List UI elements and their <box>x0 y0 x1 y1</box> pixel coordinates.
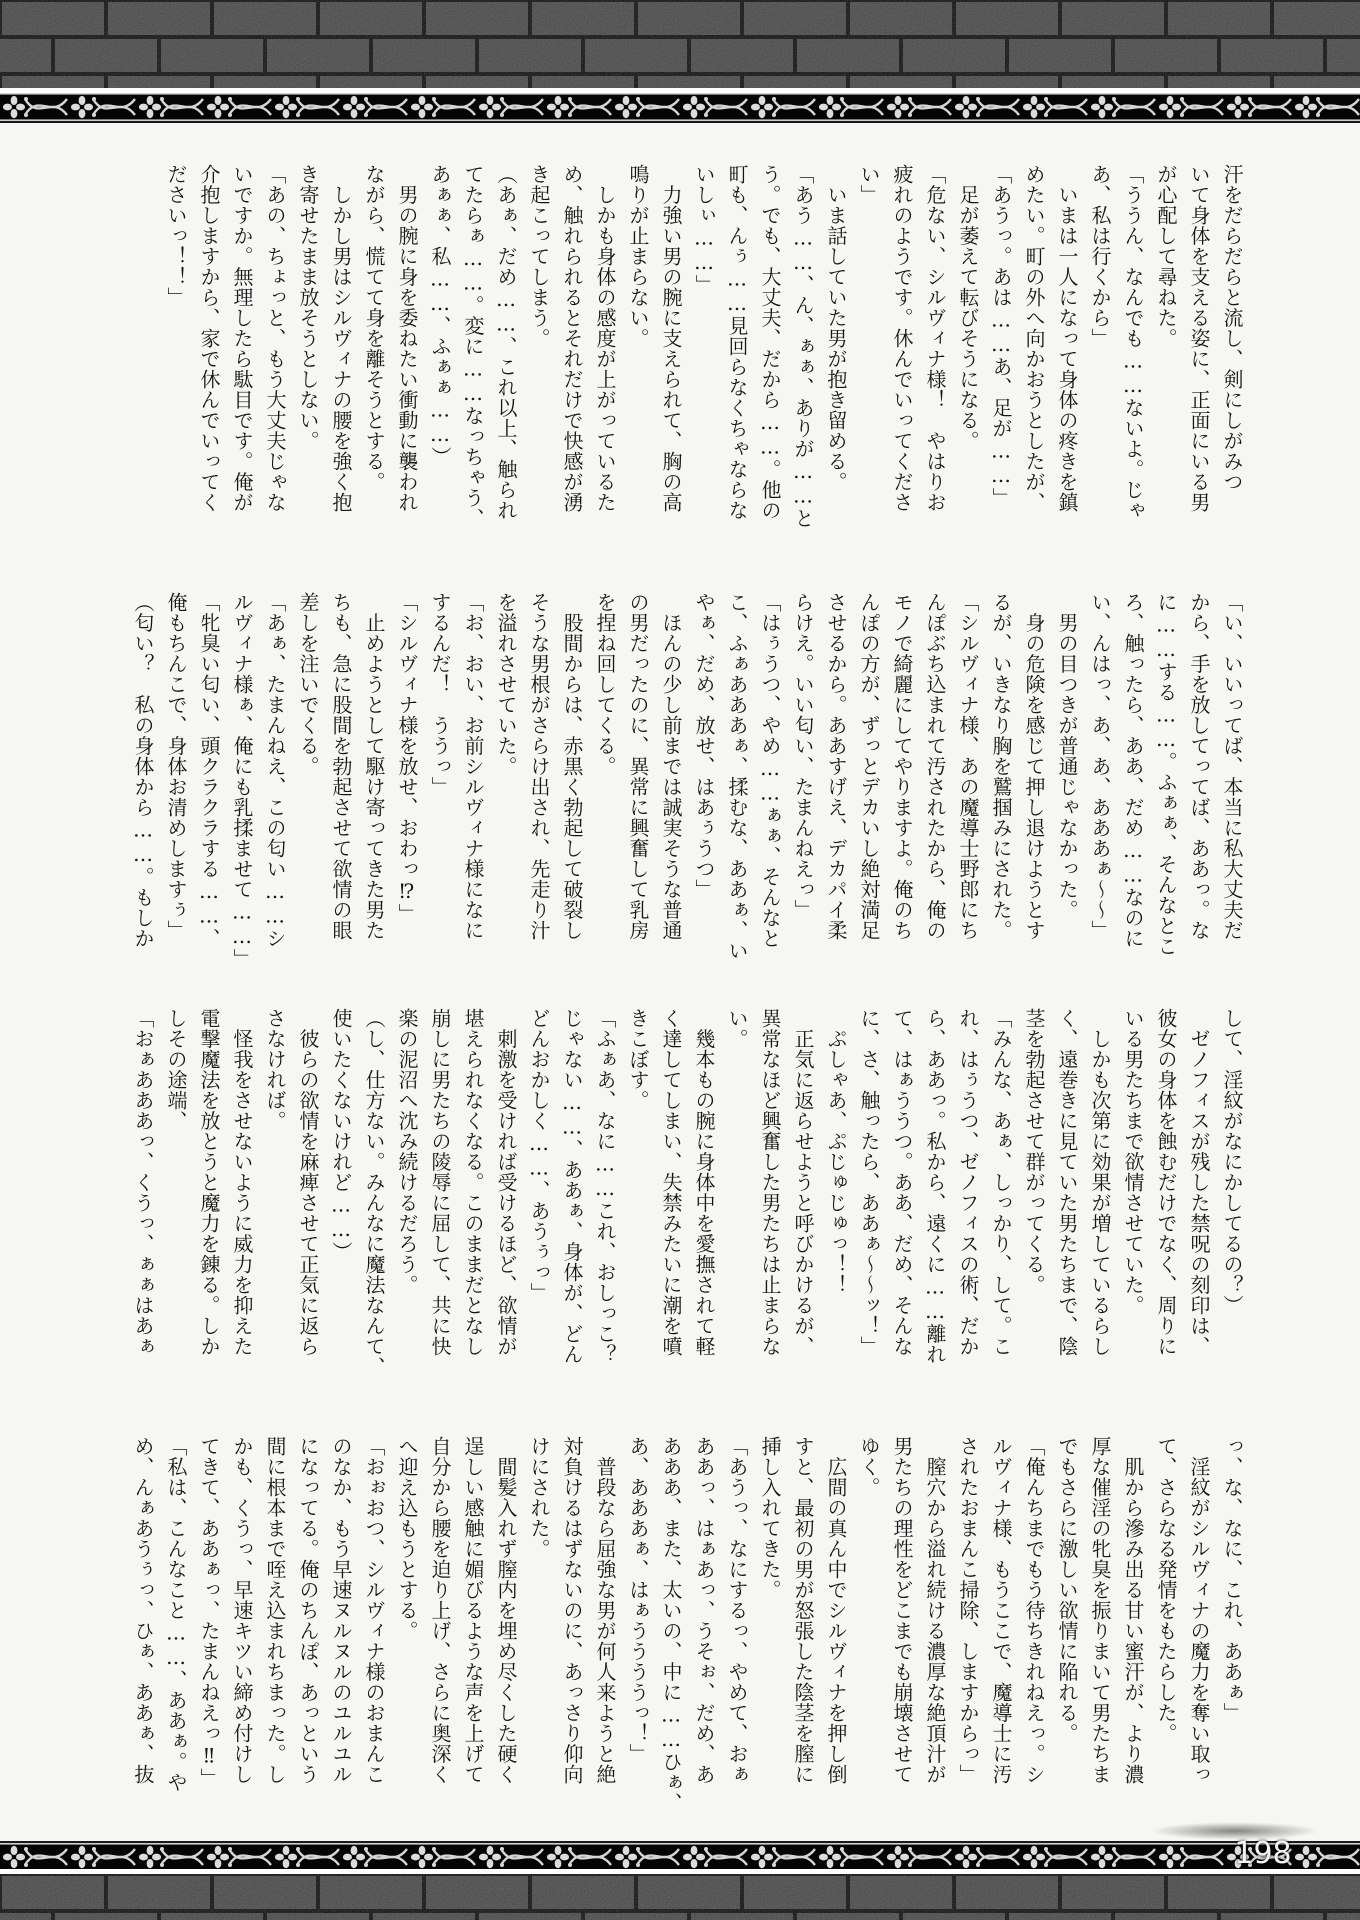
text-column: 疲れのようです。休んでいってくださ <box>885 164 918 550</box>
text-column: あああ、また、太いの、中に……ひぁ、 <box>654 1436 687 1822</box>
text-column: 逞しい感触に媚びるような声を上げて <box>456 1436 489 1822</box>
text-column: 「はぅうつ、やめ……ぁぁ、そんなと <box>753 592 786 978</box>
text-column: やぁ、だめ、放せ、はあぅうつ」 <box>687 592 720 978</box>
text-column: 「牝臭い匂い、頭クラクラする……、 <box>192 592 225 978</box>
text-column: て、さらなる発情をもたらした。 <box>1149 1436 1182 1822</box>
text-column: 使いたくないけれど……） <box>324 1008 357 1394</box>
text-column: く、遠巻きに見ていた男たちまで、陰 <box>1050 1008 1083 1394</box>
text-column: く達してしまい、失禁みたいに潮を噴 <box>654 1008 687 1394</box>
text-column: 堪えられなくなる。このままだとなし <box>456 1008 489 1394</box>
text-column: んぽぶち込まれて汚されたから、俺の <box>918 592 951 978</box>
text-column: るが、いきなり胸を鷲掴みにされた。 <box>984 592 1017 978</box>
text-column: 彼らの欲情を麻痺させて正気に返ら <box>291 1008 324 1394</box>
text-column: ちも、急に股間を勃起させて欲情の眼 <box>324 592 357 978</box>
text-column: んぽの方が、ずっとデカいし絶対満足 <box>852 592 885 978</box>
text-column: させるから。ああすげえ、デカパイ柔 <box>819 592 852 978</box>
text-column: 淫紋がシルヴィナの魔力を奪い取っ <box>1182 1436 1215 1822</box>
text-column: 彼女の身体を蝕むだけでなく、周りに <box>1149 1008 1182 1394</box>
text-column: 「あうっ。あは……あ、足が……」 <box>984 164 1017 550</box>
text-column: っ、な、なに、これ、ああぁ」 <box>1215 1436 1248 1822</box>
text-column: されたおまんこ掃除、しますからっ」 <box>951 1436 984 1822</box>
text-column: 鳴りが止まらない。 <box>621 164 654 550</box>
brick-texture-top <box>0 0 1360 88</box>
text-column: 足が萎えて転びそうになる。 <box>951 164 984 550</box>
text-column: 俺もちんこで、身体お清めしますぅ」 <box>159 592 192 978</box>
text-band-1: 汗をだらだらと流し、剣にしがみついて身体を支える姿に、正面にいる男が心配して尋ね… <box>159 164 1248 552</box>
text-column: に……する……。ふぁぁ、そんなとこ <box>1149 592 1182 978</box>
text-column: 止めようとして駆け寄ってきた男た <box>357 592 390 978</box>
text-column: の男だったのに、異常に興奮して乳房 <box>621 592 654 978</box>
text-column: い。 <box>720 1008 753 1394</box>
text-column: めたい。町の外へ向かおうとしたが、 <box>1017 164 1050 550</box>
text-column: き寄せたまま放そうとしない。 <box>291 164 324 550</box>
text-column: 男たちの理性をどこまでも崩壊させて <box>885 1436 918 1822</box>
text-band-3: して、淫紋がなにかしてるの？） ゼノフィスが残した禁呪の刻印は、彼女の身体を蝕む… <box>126 1008 1248 1396</box>
text-column: しかも次第に効果が増しているらし <box>1083 1008 1116 1394</box>
text-column: ら、ああっ。私から、遠くに……離れ <box>918 1008 951 1394</box>
text-column: いですか。無理したら駄目です。俺が <box>225 164 258 550</box>
novel-page: 汗をだらだらと流し、剣にしがみついて身体を支える姿に、正面にいる男が心配して尋ね… <box>0 0 1360 1920</box>
text-band-2: 「い、いいってば、本当に私大丈夫だから、手を放してってば、ああっ。なに……する…… <box>126 592 1248 980</box>
text-column: 町も、んぅ……見回らなくちゃならな <box>720 164 753 550</box>
text-column: 広間の真ん中でシルヴィナを押し倒 <box>819 1436 852 1822</box>
text-column: するんだ！ ううっ」 <box>423 592 456 978</box>
text-column: 正気に返らせようと呼びかけるが、 <box>786 1008 819 1394</box>
text-column: でもさらに激しい欲情に陥れる。 <box>1050 1436 1083 1822</box>
text-column: 男の目つきが普通じゃなかった。 <box>1050 592 1083 978</box>
text-column: ほんの少し前までは誠実そうな普通 <box>654 592 687 978</box>
text-column: そうな男根がさらけ出され、先走り汁 <box>522 592 555 978</box>
ornament-border-top <box>0 93 1360 123</box>
text-column: しかし男はシルヴィナの腰を強く抱 <box>324 164 357 550</box>
text-column: こ、ふぁあああぁ、揉むな、ああぁ、い <box>720 592 753 978</box>
text-column: 「あうっ、なにするっ、やめて、おぁ <box>720 1436 753 1822</box>
text-column: へ迎え込もうとする。 <box>390 1436 423 1822</box>
text-column: 「シルヴィナ様、あの魔導士野郎にち <box>951 592 984 978</box>
text-column: れ、はぅうつ、ゼノフィスの術、だか <box>951 1008 984 1394</box>
text-column: 対負けるはずないのに、あっさり仰向 <box>555 1436 588 1822</box>
text-column: いま話していた男が抱き留める。 <box>819 164 852 550</box>
text-column: 「危ない、シルヴィナ様！ やはりお <box>918 164 951 550</box>
text-column: 自分から腰を迫り上げ、さらに奥深く <box>423 1436 456 1822</box>
text-column: め、触れられるとそれだけで快感が湧 <box>555 164 588 550</box>
text-column: 「い、いいってば、本当に私大丈夫だ <box>1215 592 1248 978</box>
text-column: ながら、慌てて身を離そうとする。 <box>357 164 390 550</box>
text-column: ルヴィナ様ぁ、俺にも乳揉ませて……」 <box>225 592 258 978</box>
text-column: （し、仕方ない。みんなに魔法なんて、 <box>357 1008 390 1394</box>
text-column: 身の危険を感じて押し退けようとす <box>1017 592 1050 978</box>
text-column: て、はぁううつ。ああ、だめ、そんな <box>885 1008 918 1394</box>
text-column: ぷしゃあ、ぷじゅじゅっ！！ <box>819 1008 852 1394</box>
text-column: い」 <box>852 164 885 550</box>
text-column: 厚な催淫の牝臭を振りまいて男たちま <box>1083 1436 1116 1822</box>
text-column: すと、最初の男が怒張した陰茎を膣に <box>786 1436 819 1822</box>
text-column: 普段なら屈強な男が何人来ようと絶 <box>588 1436 621 1822</box>
text-column: さなければ。 <box>258 1008 291 1394</box>
text-column: 異常なほど興奮した男たちは止まらな <box>753 1008 786 1394</box>
text-column: モノで綺麗にしてやりますよ。俺のち <box>885 592 918 978</box>
text-column: 「おぉおつ、シルヴィナ様のおまんこ <box>357 1436 390 1822</box>
ornament-border-bottom <box>0 1841 1360 1871</box>
text-column: ださいっ！！」 <box>159 164 192 550</box>
text-column: きこぼす。 <box>621 1008 654 1394</box>
text-column: けにされた。 <box>522 1436 555 1822</box>
text-column: 崩しに男たちの陵辱に屈して、共に快 <box>423 1008 456 1394</box>
text-column: 刺激を受ければ受けるほど、欲情が <box>489 1008 522 1394</box>
text-column: 間に根本まで咥え込まれちまった。し <box>258 1436 291 1822</box>
text-column: じゃない……、ああぁ、身体が、どん <box>555 1008 588 1394</box>
text-column: ろ、触ったら、ああ、だめ……なのに <box>1116 592 1149 978</box>
text-column: どんおかしく……、あうぅっ」 <box>522 1008 555 1394</box>
text-column: 男の腕に身を委ねたい衝動に襲われ <box>390 164 423 550</box>
text-column: 怪我をさせないように威力を抑えた <box>225 1008 258 1394</box>
text-column: かも、くうっ、早速キツい締め付けし <box>225 1436 258 1822</box>
text-column: 汗をだらだらと流し、剣にしがみつ <box>1215 164 1248 550</box>
text-column: ゆく。 <box>852 1436 885 1822</box>
text-column: あぁぁ、私……、ふぁぁ……） <box>423 164 456 550</box>
text-column: め、んぁあうぅっ、ひぁ、ああぁ、抜 <box>126 1436 159 1822</box>
text-column: が心配して尋ねた。 <box>1149 164 1182 550</box>
text-column: いまは一人になって身体の疼きを鎮 <box>1050 164 1083 550</box>
text-column: 「私は、こんなこと……、ああぁ。や <box>159 1436 192 1822</box>
page-number: 198 <box>1218 1838 1308 1872</box>
text-column: 茎を勃起させて群がってくる。 <box>1017 1008 1050 1394</box>
text-column: 挿し入れてきた。 <box>753 1436 786 1822</box>
text-column: 「おぁあああっ、くうっ、ぁぁはあぁ <box>126 1008 159 1394</box>
text-column: 股間からは、赤黒く勃起して破裂し <box>555 592 588 978</box>
text-column: らけえ。いい匂い、たまんねえっ」 <box>786 592 819 978</box>
text-column: 楽の泥沼へ沈み続けるだろう。 <box>390 1008 423 1394</box>
text-band-4: っ、な、なに、これ、ああぁ」 淫紋がシルヴィナの魔力を奪い取って、さらなる発情を… <box>126 1436 1248 1824</box>
text-column: 「シルヴィナ様を放せ、おわっ⁉」 <box>390 592 423 978</box>
text-column: 「俺んちまでもう待ちきれねえっ。シ <box>1017 1436 1050 1822</box>
text-column: 「あの、ちょっと、もう大丈夫じゃな <box>258 164 291 550</box>
text-column: いて身体を支える姿に、正面にいる男 <box>1182 164 1215 550</box>
text-column: 肌から滲み出る甘い蜜汗が、より濃 <box>1116 1436 1149 1822</box>
text-column: あ、あああぁ、はぁううううっ！」 <box>621 1436 654 1822</box>
text-column: 「ふぁあ、なに……これ、おしっこ？ <box>588 1008 621 1394</box>
text-column: う。でも、大丈夫、だから……。他の <box>753 164 786 550</box>
text-column: ルヴィナ様、もうここで、魔導士に汚 <box>984 1436 1017 1822</box>
text-column: 「あう……、ん、ぁぁ、ありが……と <box>786 164 819 550</box>
text-column: 力強い男の腕に支えられて、胸の高 <box>654 164 687 550</box>
text-column: になってる。俺のちんぽ、あっという <box>291 1436 324 1822</box>
text-column: 「あぁ、たまんねえ、この匂い……シ <box>258 592 291 978</box>
text-column: 間髪入れず膣内を埋め尽くした硬く <box>489 1436 522 1822</box>
text-column: から、手を放してってば、ああっ。な <box>1182 592 1215 978</box>
text-column: 幾本もの腕に身体中を愛撫されて軽 <box>687 1008 720 1394</box>
text-column: 介抱しますから、家で休んでいってく <box>192 164 225 550</box>
text-column: のなか、もう早速ヌルヌルのユルユル <box>324 1436 357 1822</box>
brick-texture-bottom <box>0 1874 1360 1920</box>
text-column: （あぁ、だめ……、これ以上、触られ <box>489 164 522 550</box>
text-column: てきて、ああぁっ、たまんねえっ‼」 <box>192 1436 225 1822</box>
text-column: 膣穴から溢れ続ける濃厚な絶頂汁が <box>918 1436 951 1822</box>
text-column: き起こってしまう。 <box>522 164 555 550</box>
text-column: を捏ね回してくる。 <box>588 592 621 978</box>
text-column: 電撃魔法を放とうと魔力を錬る。しか <box>192 1008 225 1394</box>
text-column: 差しを注いでくる。 <box>291 592 324 978</box>
text-column: いしぃ……」 <box>687 164 720 550</box>
text-column: い、んはっ、あ、あ、あああぁ～～」 <box>1083 592 1116 978</box>
text-column: てたらぁ……。変に……なっちゃう、 <box>456 164 489 550</box>
text-column: （匂い？ 私の身体から……。もしか <box>126 592 159 978</box>
text-column: ゼノフィスが残した禁呪の刻印は、 <box>1182 1008 1215 1394</box>
text-column: 「ううん、なんでも……ないよ。じゃ <box>1116 164 1149 550</box>
text-column: あ、私は行くから」 <box>1083 164 1116 550</box>
text-column: 「みんな、あぁ、しっかり、して。こ <box>984 1008 1017 1394</box>
text-column: して、淫紋がなにかしてるの？） <box>1215 1008 1248 1394</box>
text-column: いる男たちまで欲情させていた。 <box>1116 1008 1149 1394</box>
text-column: に、さ、触ったら、ああぁ～～ッ！」 <box>852 1008 885 1394</box>
text-column: しその途端、 <box>159 1008 192 1394</box>
text-column: を溢れさせていた。 <box>489 592 522 978</box>
text-column: 「お、おい、お前シルヴィナ様になに <box>456 592 489 978</box>
text-column: しかも身体の感度が上がっているた <box>588 164 621 550</box>
text-column: ああっ、はぁあっ、うそぉ、だめ、あ <box>687 1436 720 1822</box>
